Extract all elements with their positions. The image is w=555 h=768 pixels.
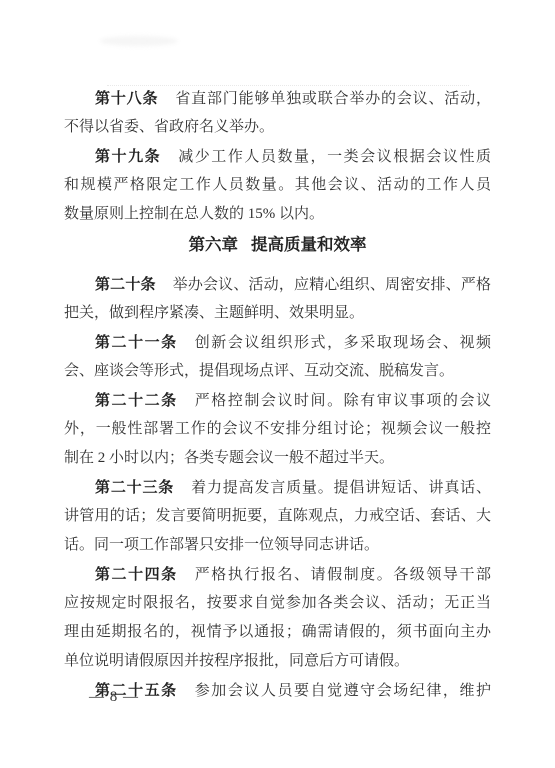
line-text: 举办会议、活动，应精心组织、周密安排、严格: [173, 277, 491, 293]
line-text: 创新会议组织形式，多采取现场会、视频: [195, 335, 491, 351]
article-label: 第二十条: [95, 276, 156, 293]
scan-dotted-line-artifact: [107, 85, 469, 86]
document-line: 不得以省委、省政府名义举办。: [64, 113, 491, 142]
document-line: 单位说明请假原因并按程序报批，同意后方可请假。: [64, 647, 491, 676]
line-text: 应按规定时限报名，按要求自觉参加各类会议、活动；无正当: [64, 595, 491, 611]
document-line: 第十八条省直部门能够单独或联合举办的会议、活动，: [64, 84, 491, 113]
line-text: 和规模严格限定工作人员数量。其他会议、活动的工作人员: [64, 177, 491, 193]
document-line: 外，一般性部署工作的会议不安排分组讨论；视频会议一般控: [64, 415, 491, 444]
line-text: 话。同一项工作部署只安排一位领导同志讲话。: [64, 537, 379, 553]
document-line: 第二十一条创新会议组织形式，多采取现场会、视频: [64, 328, 491, 357]
document-line: 第二十二条严格控制会议时间。除有审议事项的会议: [64, 386, 491, 415]
line-text: 严格控制会议时间。除有审议事项的会议: [195, 393, 491, 409]
article-label: 第二十四条: [95, 566, 178, 583]
line-text: 把关，做到程序紧凑、主题鲜明、效果明显。: [64, 305, 364, 321]
line-text: 单位说明请假原因并按程序报批，同意后方可请假。: [64, 653, 409, 669]
line-text: 制在 2 小时以内；各类专题会议一般不超过半天。: [64, 450, 394, 466]
chapter-title: 提高质量和效率: [251, 236, 367, 254]
line-text: 省直部门能够单独或联合举办的会议、活动，: [175, 91, 491, 107]
article-label: 第二十一条: [95, 334, 178, 351]
line-text: 会、座谈会等形式，提倡现场点评、互动交流、脱稿发言。: [64, 363, 454, 379]
document-line: 和规模严格限定工作人员数量。其他会议、活动的工作人员: [64, 171, 491, 200]
article-label: 第十九条: [95, 148, 161, 165]
chapter-number: 第六章: [189, 236, 239, 254]
line-text: 数量原则上控制在总人数的 15% 以内。: [64, 206, 324, 222]
page-number: — 8 —: [89, 689, 139, 706]
line-text: 理由延期报名的，视情予以通报；确需请假的，须书面向主办: [64, 624, 491, 640]
article-label: 第二十三条: [95, 479, 174, 496]
document-line: 会、座谈会等形式，提倡现场点评、互动交流、脱稿发言。: [64, 357, 491, 386]
document-line: 把关，做到程序紧凑、主题鲜明、效果明显。: [64, 299, 491, 328]
document-line: 第二十条举办会议、活动，应精心组织、周密安排、严格: [64, 270, 491, 299]
document-line: 应按规定时限报名，按要求自觉参加各类会议、活动；无正当: [64, 589, 491, 618]
document-line: 话。同一项工作部署只安排一位领导同志讲话。: [64, 531, 491, 560]
document-line: 讲管用的话；发言要简明扼要，直陈观点，力戒空话、套话、大: [64, 502, 491, 531]
document-line: 理由延期报名的，视情予以通报；确需请假的，须书面向主办: [64, 618, 491, 647]
line-text: 着力提高发言质量。提倡讲短话、讲真话、: [191, 480, 491, 496]
scan-smudge-artifact: [100, 36, 178, 46]
article-label: 第十八条: [95, 90, 158, 107]
article-label: 第二十二条: [95, 392, 178, 409]
line-text: 参加会议人员要自觉遵守会场纪律，维护: [195, 683, 491, 699]
document-line: 数量原则上控制在总人数的 15% 以内。: [64, 200, 491, 229]
line-text: 讲管用的话；发言要简明扼要，直陈观点，力戒空话、套话、大: [64, 508, 491, 524]
document-page: 第十八条省直部门能够单独或联合举办的会议、活动， 不得以省委、省政府名义举办。 …: [0, 0, 555, 768]
document-line: 制在 2 小时以内；各类专题会议一般不超过半天。: [64, 444, 491, 473]
line-text: 严格执行报名、请假制度。各级领导干部: [195, 567, 491, 583]
document-line: 第十九条减少工作人员数量，一类会议根据会议性质: [64, 142, 491, 171]
line-text: 减少工作人员数量，一类会议根据会议性质: [178, 149, 491, 165]
document-line: 第二十四条严格执行报名、请假制度。各级领导干部: [64, 560, 491, 589]
line-text: 外，一般性部署工作的会议不安排分组讨论；视频会议一般控: [64, 421, 491, 437]
document-line: 第二十三条着力提高发言质量。提倡讲短话、讲真话、: [64, 473, 491, 502]
line-text: 不得以省委、省政府名义举办。: [64, 119, 274, 135]
chapter-heading: 第六章提高质量和效率: [64, 231, 491, 260]
